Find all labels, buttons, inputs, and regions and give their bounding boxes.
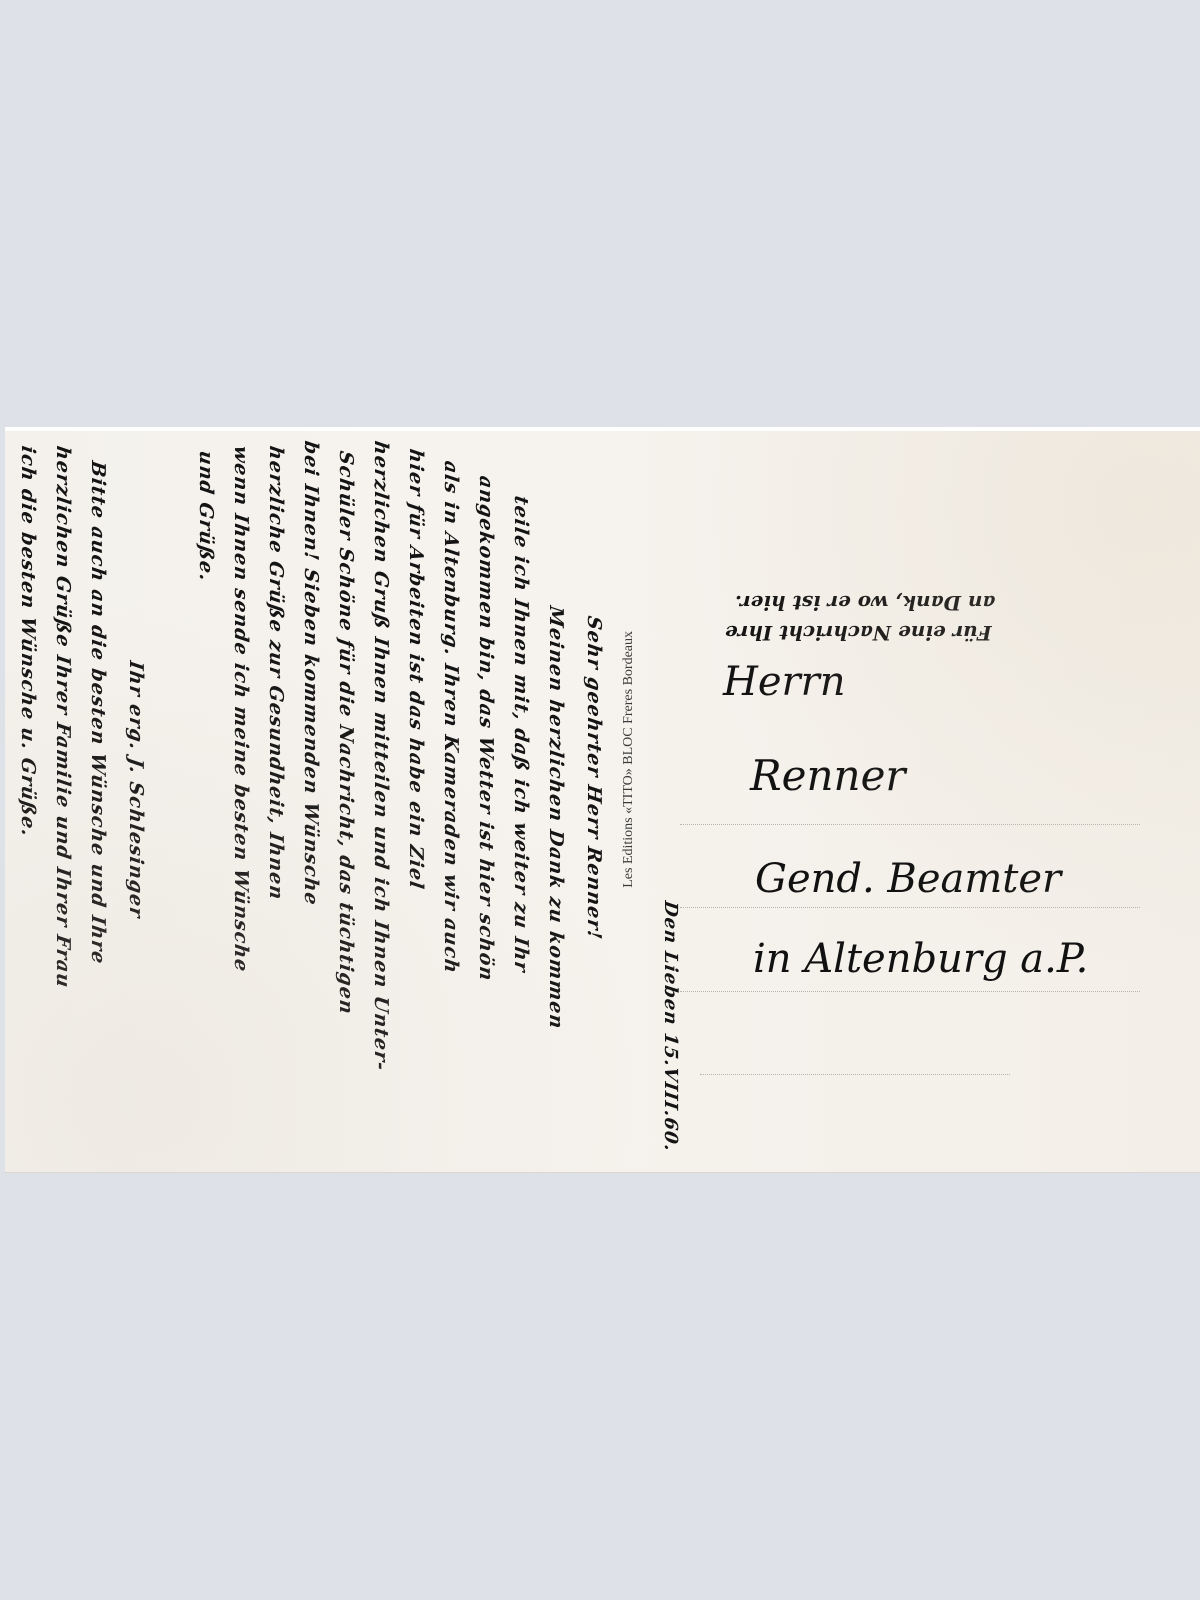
address-line: in Altenburg a.P.	[753, 936, 1088, 982]
address-line: Renner	[750, 751, 906, 800]
message-line: angekommen bin, das Wetter ist hier schö…	[475, 474, 497, 982]
publisher-imprint: Les Editions «TITO» BLOC Freres Bordeaux	[621, 631, 637, 888]
address-line: Herrn	[723, 659, 846, 705]
upside-down-note: an Dank, wo er ist hier.	[735, 591, 995, 615]
address-rule	[700, 1074, 1010, 1075]
message-line: teile ich Ihnen mit, daß ich weiter zu I…	[510, 494, 532, 974]
address-line: Gend. Beamter	[755, 856, 1061, 902]
date-line: Den Lieben 15.VIII.60.	[660, 900, 681, 1154]
address-rule	[680, 824, 1140, 825]
message-line: hier für Arbeiten ist das habe ein Ziel	[405, 447, 427, 891]
message-line: Schüler Schöne für die Nachricht, das tü…	[335, 449, 357, 1016]
signature: Ihr erg. J. Schlesinger	[125, 659, 147, 919]
message-line: Meinen herzlichen Dank zu kommen	[545, 604, 567, 1030]
upside-down-note: Für eine Nachricht Ihre	[725, 621, 992, 645]
message-line: als in Altenburg. Ihren Kameraden wir au…	[440, 459, 462, 975]
salutation: Sehr geehrter Herr Renner!	[583, 614, 605, 941]
message-line: herzlichen Gruß Ihnen mitteilen und ich …	[370, 439, 392, 1072]
postcard: Den Lieben 15.VIII.60. Les Editions «TIT…	[5, 427, 1200, 1172]
postscript-line: herzlichen Grüße Ihrer Familie und Ihrer…	[52, 444, 74, 989]
message-line: und Grüße.	[195, 449, 217, 583]
postscript-line: ich die besten Wünsche u. Grüße.	[17, 444, 39, 838]
address-rule	[680, 991, 1140, 992]
postscript-line: Bitte auch an die besten Wünsche und Ihr…	[87, 459, 109, 965]
address-rule	[680, 907, 1140, 908]
message-line: herzliche Grüße zur Gesundheit, Ihnen	[265, 444, 287, 901]
message-line: bei Ihnen! Sieben kommenden Wünsche	[300, 439, 322, 907]
message-line: wenn Ihnen sende ich meine besten Wünsch…	[230, 444, 252, 973]
